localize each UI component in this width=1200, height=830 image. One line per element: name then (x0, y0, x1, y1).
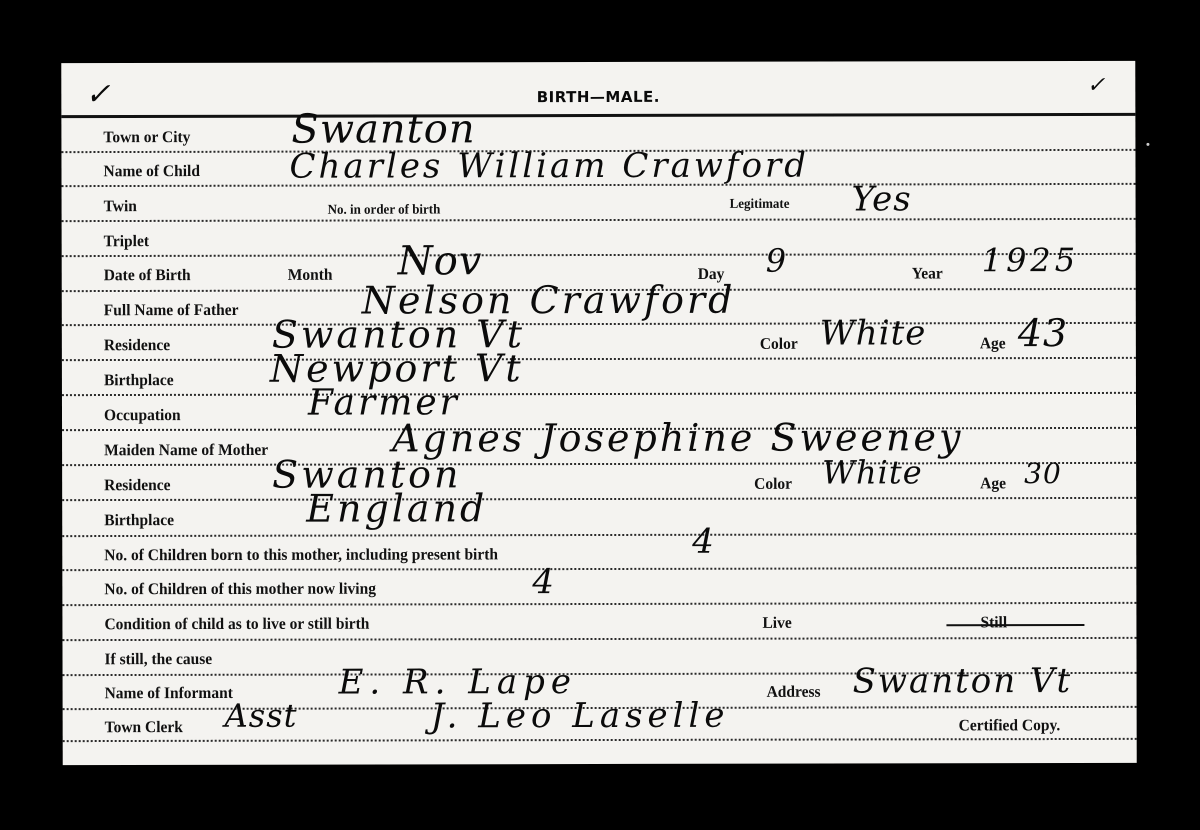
row-divider (62, 392, 1136, 396)
address-label: Address (767, 683, 821, 702)
address-value[interactable]: Swanton Vt (853, 661, 1073, 701)
row-divider (62, 218, 1136, 222)
town-clerk-prefix[interactable]: Asst (225, 697, 298, 735)
row-divider (62, 533, 1136, 537)
month-label: Month (288, 266, 333, 285)
day-value[interactable]: 9 (766, 242, 787, 280)
father-age-value[interactable]: 43 (1018, 311, 1068, 355)
if-still-cause-label: If still, the cause (104, 650, 212, 669)
row-divider (62, 602, 1136, 606)
still-strikethrough (946, 624, 1084, 626)
name-of-child-value[interactable]: Charles William Crawford (289, 146, 809, 187)
children-living-value[interactable]: 4 (532, 562, 555, 602)
children-born-label: No. of Children born to this mother, inc… (104, 546, 498, 566)
row-divider (63, 738, 1137, 742)
father-name-label: Full Name of Father (104, 301, 239, 320)
children-born-value[interactable]: 4 (692, 522, 715, 562)
town-or-city-label: Town or City (103, 128, 190, 147)
year-label: Year (912, 265, 943, 284)
name-of-child-label: Name of Child (103, 162, 199, 181)
mother-color-label: Color (754, 475, 792, 494)
row-divider (62, 462, 1136, 466)
twin-label: Twin (104, 198, 137, 217)
town-clerk-name[interactable]: J. Leo Laselle (431, 696, 730, 737)
year-value[interactable]: 1925 (982, 241, 1080, 279)
form-title: BIRTH—MALE. (61, 87, 1135, 107)
date-of-birth-label: Date of Birth (104, 266, 191, 285)
town-clerk-label: Town Clerk (105, 718, 183, 737)
father-residence-label: Residence (104, 336, 170, 355)
informant-label: Name of Informant (105, 684, 233, 703)
father-birthplace-label: Birthplace (104, 371, 174, 390)
row-divider (62, 322, 1136, 326)
row-divider (62, 357, 1136, 361)
mother-color-value[interactable]: White (822, 453, 923, 491)
order-of-birth-label: No. in order of birth (328, 201, 441, 218)
header-rule (61, 113, 1135, 118)
mother-residence-label: Residence (104, 476, 170, 495)
father-color-label: Color (760, 335, 798, 354)
mother-birthplace-label: Birthplace (104, 511, 174, 530)
mother-age-value[interactable]: 30 (1024, 457, 1062, 490)
row-divider (62, 637, 1136, 641)
children-living-label: No. of Children of this mother now livin… (104, 580, 376, 599)
legitimate-label: Legitimate (730, 195, 790, 212)
checkmark-icon: ✓ (1087, 73, 1105, 98)
father-age-label: Age (980, 335, 1006, 354)
legitimate-value[interactable]: Yes (852, 179, 912, 219)
occupation-label: Occupation (104, 406, 181, 425)
birth-record-card: ✓ BIRTH—MALE. ✓ Town or City Swanton Nam… (61, 61, 1136, 765)
condition-label: Condition of child as to live or still b… (104, 615, 369, 634)
mother-age-label: Age (980, 475, 1006, 494)
mother-maiden-name-label: Maiden Name of Mother (104, 441, 268, 460)
row-divider (62, 253, 1136, 257)
live-option[interactable]: Live (762, 614, 791, 633)
mother-birthplace-value[interactable]: England (306, 486, 487, 530)
triplet-label: Triplet (104, 232, 149, 251)
certified-copy-label: Certified Copy. (959, 717, 1061, 736)
row-divider (62, 567, 1136, 571)
scan-speck (1146, 143, 1149, 146)
row-divider (62, 497, 1136, 501)
father-color-value[interactable]: White (820, 313, 927, 353)
